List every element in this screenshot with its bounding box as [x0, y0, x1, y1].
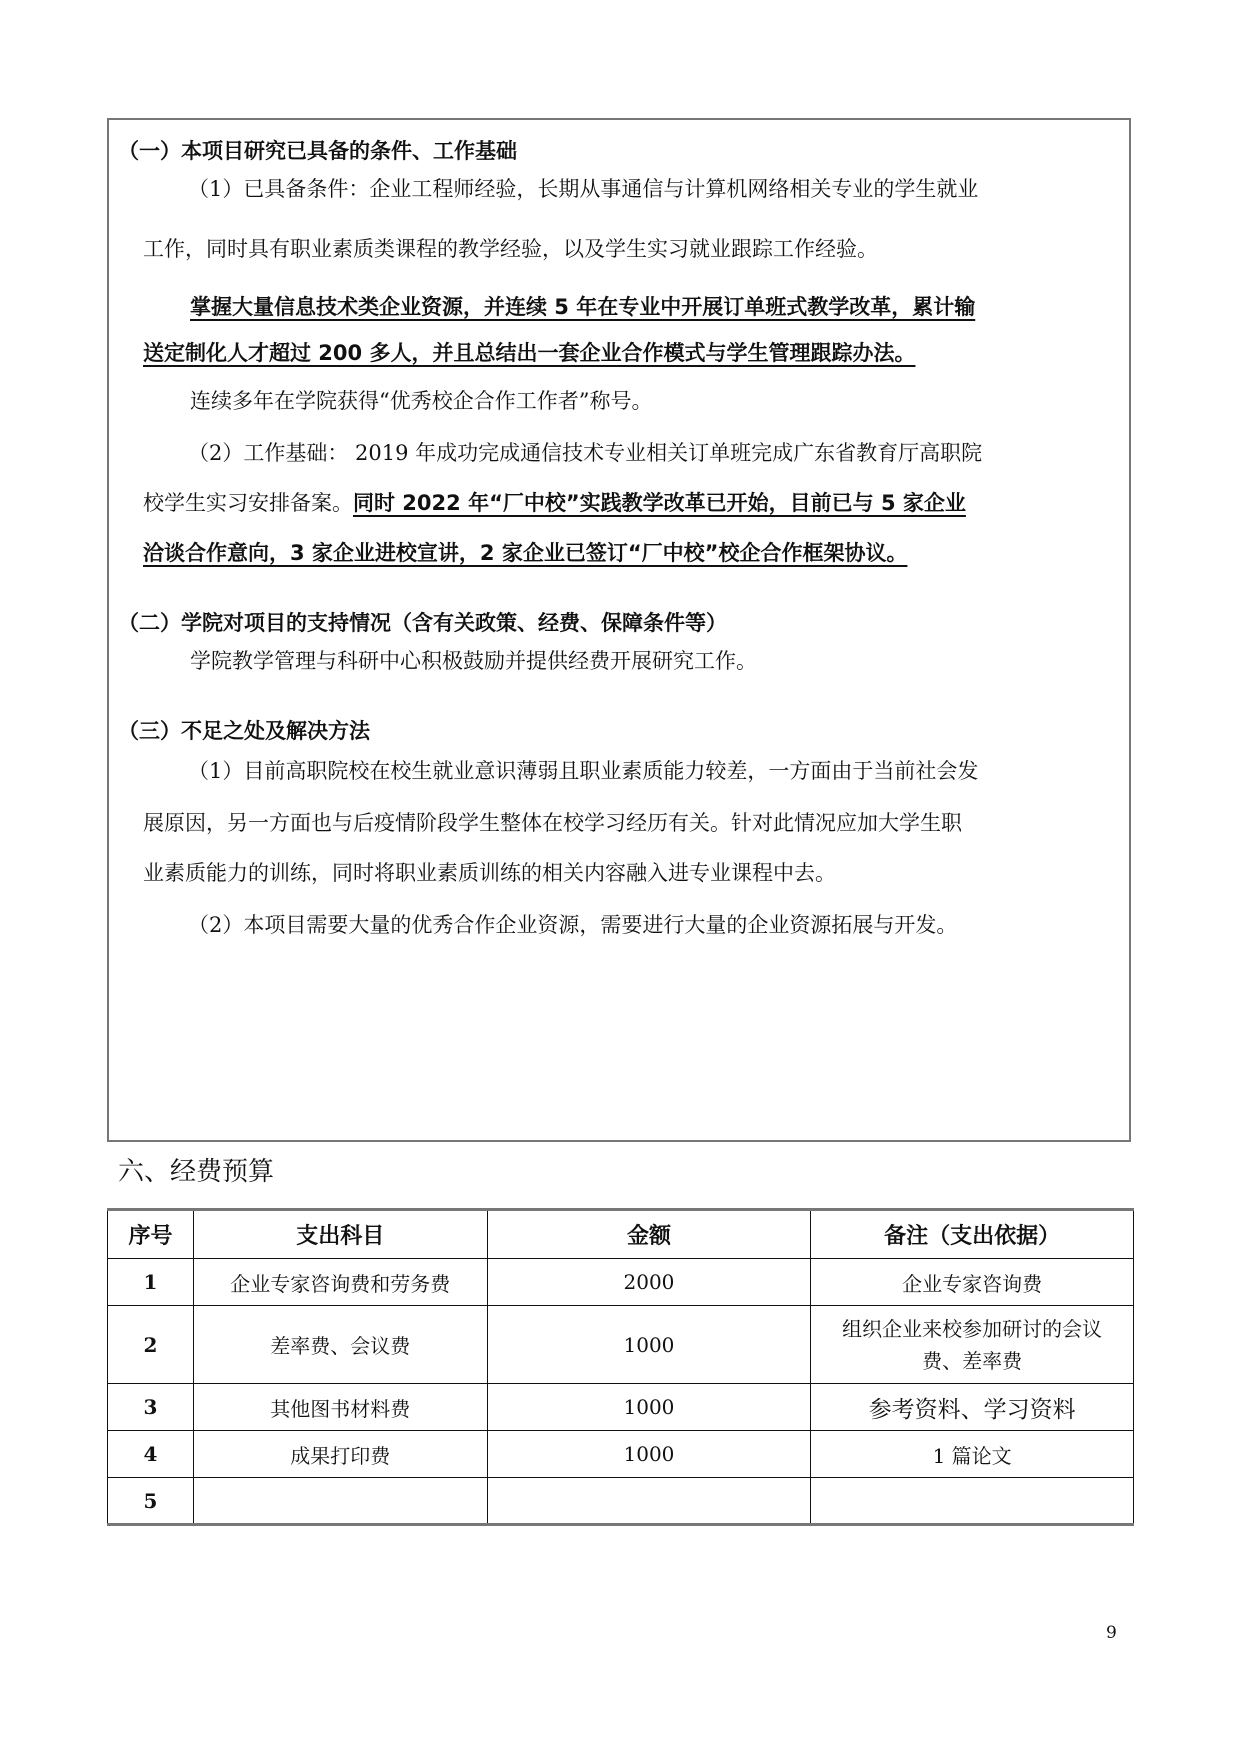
section3-p1-line2: 展原因，另一方面也与后疫情阶段学生整体在校学习经历有关。针对此情况应加大学生职 — [143, 808, 962, 838]
cell-note — [811, 1478, 1134, 1525]
cell-no: 1 — [108, 1259, 194, 1306]
cell-note: 组织企业来校参加研讨的会议 费、差率费 — [811, 1306, 1134, 1384]
header-item: 支出科目 — [193, 1210, 487, 1259]
table-row: 4 成果打印费 1000 1 篇论文 — [108, 1431, 1134, 1478]
budget-header-row: 序号 支出科目 金额 备注（支出依据） — [108, 1210, 1134, 1259]
budget-title: 六、经费预算 — [118, 1152, 274, 1192]
table-row: 5 — [108, 1478, 1134, 1525]
cell-no: 5 — [108, 1478, 194, 1525]
section1-p4-line2-bold: 同时 2022 年“厂中校”实践教学改革已开始，目前已与 5 家企业 — [353, 491, 966, 515]
section3-p1-line3: 业素质能力的训练，同时将职业素质训练的相关内容融入进专业课程中去。 — [143, 858, 836, 888]
section1-p4-line2: 校学生实习安排备案。同时 2022 年“厂中校”实践教学改革已开始，目前已与 5… — [143, 488, 966, 518]
section1-p4-line2-plain: 校学生实习安排备案。 — [143, 491, 353, 515]
cell-note-line2: 费、差率费 — [811, 1345, 1133, 1377]
section2-p1: 学院教学管理与科研中心积极鼓励并提供经费开展研究工作。 — [190, 646, 757, 676]
cell-item: 差率费、会议费 — [193, 1306, 487, 1384]
cell-amount: 1000 — [487, 1431, 811, 1478]
section2-title: （二）学院对项目的支持情况（含有关政策、经费、保障条件等） — [118, 608, 727, 638]
section1-p2-line1: 掌握大量信息技术类企业资源，并连续 5 年在专业中开展订单班式教学改革，累计输 — [190, 292, 975, 322]
cell-amount: 1000 — [487, 1384, 811, 1431]
cell-note-line1: 组织企业来校参加研讨的会议 — [811, 1313, 1133, 1345]
section1-p4-line1: （2）工作基础： 2019 年成功完成通信技术专业相关订单班完成广东省教育厅高职… — [188, 438, 982, 468]
cell-item: 成果打印费 — [193, 1431, 487, 1478]
section1-p2-line2: 送定制化人才超过 200 多人，并且总结出一套企业合作模式与学生管理跟踪办法。 — [143, 338, 915, 368]
section1-p1-line2: 工作，同时具有职业素质类课程的教学经验，以及学生实习就业跟踪工作经验。 — [143, 234, 878, 264]
cell-amount — [487, 1478, 811, 1525]
cell-note: 参考资料、学习资料 — [811, 1384, 1134, 1431]
header-no: 序号 — [108, 1210, 194, 1259]
table-row: 2 差率费、会议费 1000 组织企业来校参加研讨的会议 费、差率费 — [108, 1306, 1134, 1384]
cell-amount: 2000 — [487, 1259, 811, 1306]
section3-title: （三）不足之处及解决方法 — [118, 716, 370, 746]
cell-no: 2 — [108, 1306, 194, 1384]
section3-p1-line1: （1）目前高职院校在校生就业意识薄弱且职业素质能力较差，一方面由于当前社会发 — [188, 756, 978, 786]
cell-no: 3 — [108, 1384, 194, 1431]
header-amount: 金额 — [487, 1210, 811, 1259]
cell-no: 4 — [108, 1431, 194, 1478]
cell-item: 企业专家咨询费和劳务费 — [193, 1259, 487, 1306]
budget-table: 序号 支出科目 金额 备注（支出依据） 1 企业专家咨询费和劳务费 2000 企… — [107, 1208, 1134, 1526]
cell-amount: 1000 — [487, 1306, 811, 1384]
section1-p3: 连续多年在学院获得“优秀校企合作工作者”称号。 — [190, 386, 652, 416]
cell-item: 其他图书材料费 — [193, 1384, 487, 1431]
section1-title: （一）本项目研究已具备的条件、工作基础 — [118, 136, 517, 166]
section1-p1-line1: （1）已具备条件：企业工程师经验，长期从事通信与计算机网络相关专业的学生就业 — [188, 174, 978, 204]
section1-p4-line3: 洽谈合作意向，3 家企业进校宣讲，2 家企业已签订“厂中校”校企合作框架协议。 — [143, 538, 907, 568]
table-row: 3 其他图书材料费 1000 参考资料、学习资料 — [108, 1384, 1134, 1431]
cell-item — [193, 1478, 487, 1525]
section3-p2: （2）本项目需要大量的优秀合作企业资源，需要进行大量的企业资源拓展与开发。 — [188, 910, 957, 940]
page-number: 9 — [1106, 1623, 1117, 1643]
cell-note: 1 篇论文 — [811, 1431, 1134, 1478]
header-note: 备注（支出依据） — [811, 1210, 1134, 1259]
table-row: 1 企业专家咨询费和劳务费 2000 企业专家咨询费 — [108, 1259, 1134, 1306]
cell-note: 企业专家咨询费 — [811, 1259, 1134, 1306]
